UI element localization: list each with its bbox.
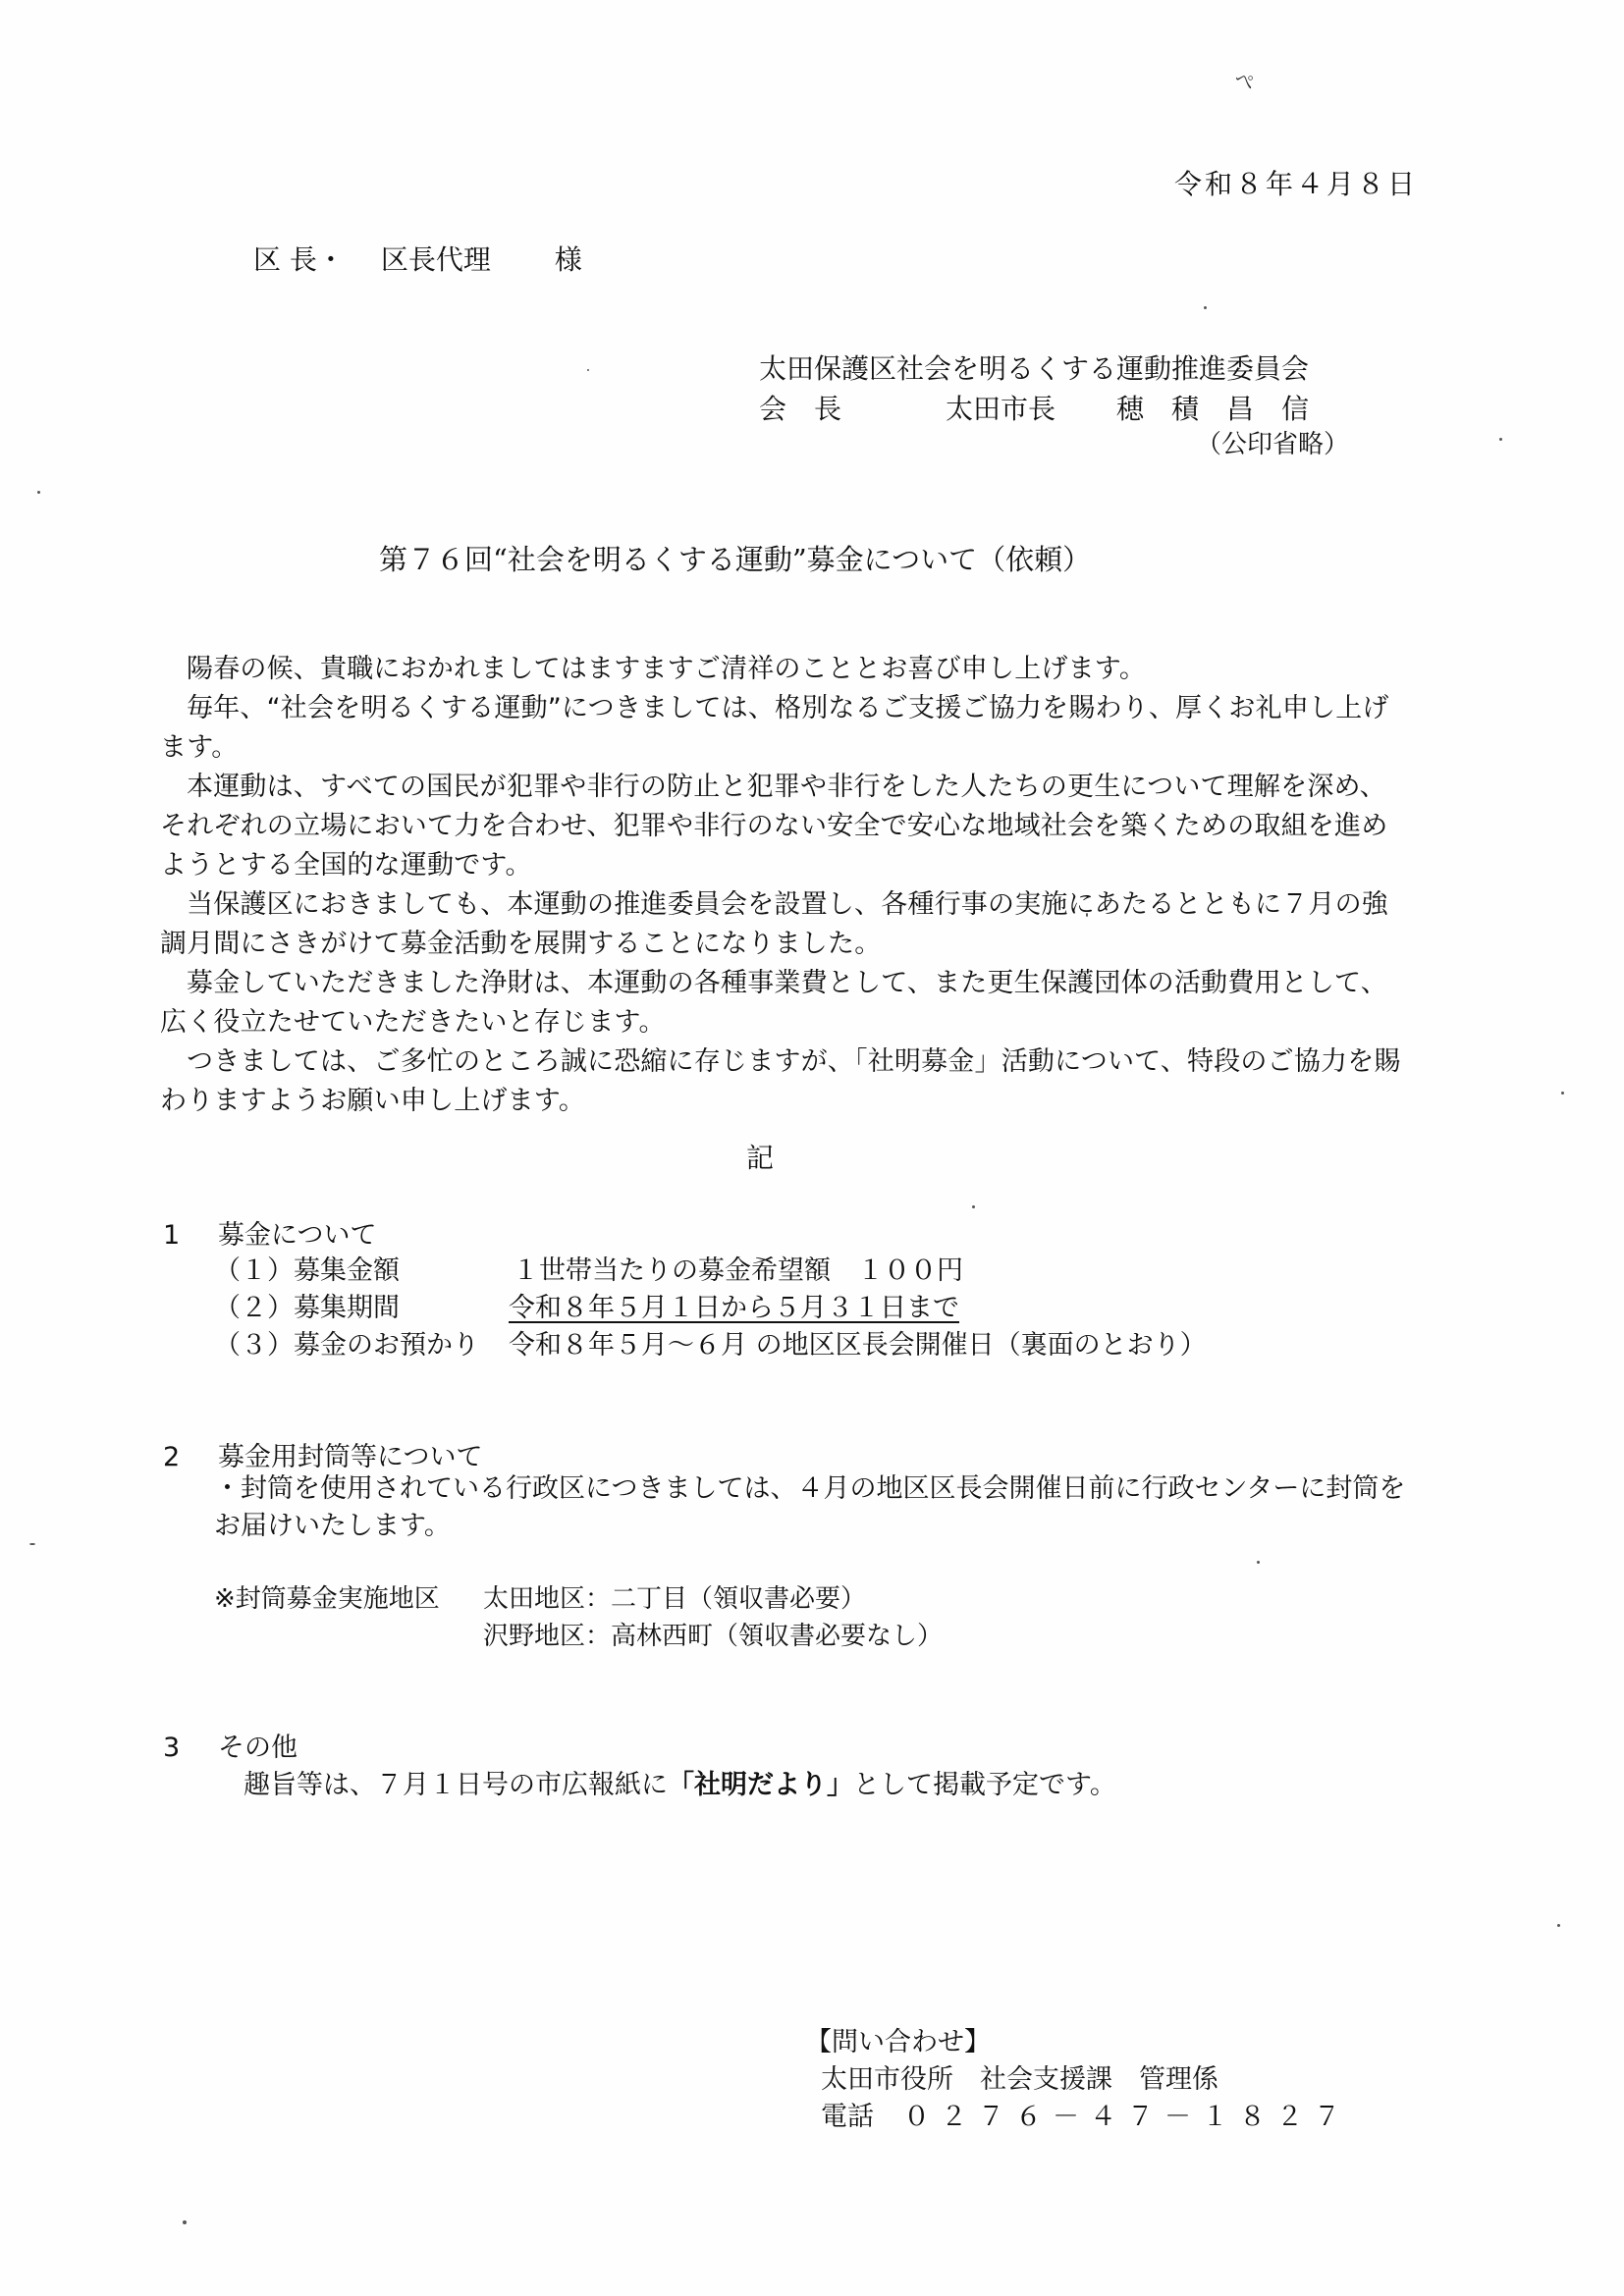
body-text: として掲載予定です。	[853, 1770, 1116, 1800]
addressee: 区 長・ 区長代理 様	[253, 239, 582, 278]
item-label: （３）募金のお預かり	[214, 1323, 509, 1362]
addressee-role-1: 区 長・	[253, 243, 345, 276]
scan-speck	[29, 1543, 35, 1545]
section-title: その他	[218, 1733, 298, 1763]
scan-speck	[1499, 438, 1502, 441]
section-1-item: （３）募金のお預かり令和８年５月～６月 の地区区長会開催日（裏面のとおり）	[214, 1323, 1207, 1362]
scan-speck	[37, 491, 40, 494]
contact-office: 太田市役所 社会支援課 管理係	[821, 2057, 1218, 2096]
section-2-heading: 2募金用封筒等について	[163, 1435, 482, 1473]
scan-speck	[183, 2220, 187, 2224]
sender-title-line: 会 長太田市長穂 積 昌 信	[759, 388, 1309, 427]
item-label: （１）募集金額	[214, 1249, 509, 1287]
section-number: 2	[163, 1442, 218, 1472]
document-page: ぺ 令和８年４月８日 区 長・ 区長代理 様 太田保護区社会を明るくする運動推進…	[0, 0, 1624, 2296]
phone-number: ０２７６－４７－１８２７	[903, 2102, 1351, 2132]
section-title: 募金用封筒等について	[218, 1442, 482, 1472]
ki-marker: 記	[746, 1137, 774, 1176]
newsletter-name: 「社明だより」	[668, 1770, 853, 1800]
sender-title: 会 長	[759, 393, 841, 425]
sender-position: 太田市長	[946, 393, 1056, 425]
section-3-heading: 3その他	[163, 1726, 298, 1764]
scan-speck	[1204, 306, 1207, 309]
item-value: １世帯当たりの募金希望額 １００円	[513, 1255, 963, 1286]
item-value: 令和８年５月～６月 の地区区長会開催日（裏面のとおり）	[509, 1330, 1207, 1361]
envelope-area-line: 太田地区：二丁目（領収書必要）	[483, 1578, 866, 1615]
sender-organization: 太田保護区社会を明るくする運動推進委員会	[759, 347, 1309, 387]
contact-phone-line: 電話０２７６－４７－１８２７	[821, 2095, 1351, 2133]
scan-speck	[587, 369, 589, 371]
body-paragraph: 毎年、“社会を明るくする運動”につきましては、格別なるご支援ご協力を賜わり、厚く…	[160, 689, 1407, 768]
document-title: 第７６回“社会を明るくする運動”募金について（依頼）	[379, 538, 1091, 578]
item-label: （２）募集期間	[214, 1286, 509, 1324]
envelope-area-line: 沢野地区：高林西町（領収書必要なし）	[483, 1616, 943, 1652]
phone-label: 電話	[821, 2102, 874, 2132]
section-3-body: 趣旨等は、７月１日号の市広報紙に「社明だより」として掲載予定です。	[244, 1763, 1116, 1801]
contact-heading: 【問い合わせ】	[805, 2020, 991, 2058]
scan-speck	[1557, 1924, 1560, 1927]
handwritten-mark: ぺ	[1231, 62, 1260, 95]
section-2-body: ・封筒を使用されている行政区につきましては、４月の地区区長会開催日前に行政センタ…	[214, 1470, 1412, 1545]
scan-speck	[972, 1205, 975, 1208]
envelope-area-label: ※封筒募金実施地区	[214, 1578, 440, 1615]
section-title: 募金について	[218, 1220, 376, 1251]
sender-name: 穂 積 昌 信	[1116, 393, 1309, 425]
addressee-honorific: 様	[555, 243, 582, 276]
document-date: 令和８年４月８日	[1174, 163, 1418, 202]
seal-note: （公印省略）	[1196, 424, 1349, 460]
section-1-item: （１）募集金額１世帯当たりの募金希望額 １００円	[214, 1249, 963, 1287]
body-paragraph: 陽春の候、貴職におかれましてはますますご清祥のこととお喜び申し上げます。	[160, 650, 1407, 689]
body-paragraph: 本運動は、すべての国民が犯罪や非行の防止と犯罪や非行をした人たちの更生について理…	[160, 768, 1407, 885]
addressee-role-2: 区長代理	[381, 243, 491, 276]
section-number: 1	[163, 1220, 218, 1251]
section-1-heading: 1募金について	[163, 1213, 376, 1252]
scan-speck	[1086, 913, 1088, 917]
body-text: 趣旨等は、７月１日号の市広報紙に	[244, 1770, 668, 1800]
section-number: 3	[163, 1733, 218, 1763]
body-paragraph: 当保護区におきましても、本運動の推進委員会を設置し、各種行事の実施にあたるととも…	[160, 885, 1407, 964]
body-paragraph: つきましては、ご多忙のところ誠に恐縮に存じますが、「社明募金」活動について、特段…	[160, 1042, 1407, 1121]
section-1-item: （２）募集期間令和８年５月１日から５月３１日まで	[214, 1286, 959, 1324]
body-paragraph: 募金していただきました浄財は、本運動の各種事業費として、また更生保護団体の活動費…	[160, 964, 1407, 1042]
scan-speck	[1257, 1561, 1260, 1564]
scan-speck	[1561, 1092, 1564, 1095]
item-value-underlined: 令和８年５月１日から５月３１日まで	[509, 1293, 959, 1323]
